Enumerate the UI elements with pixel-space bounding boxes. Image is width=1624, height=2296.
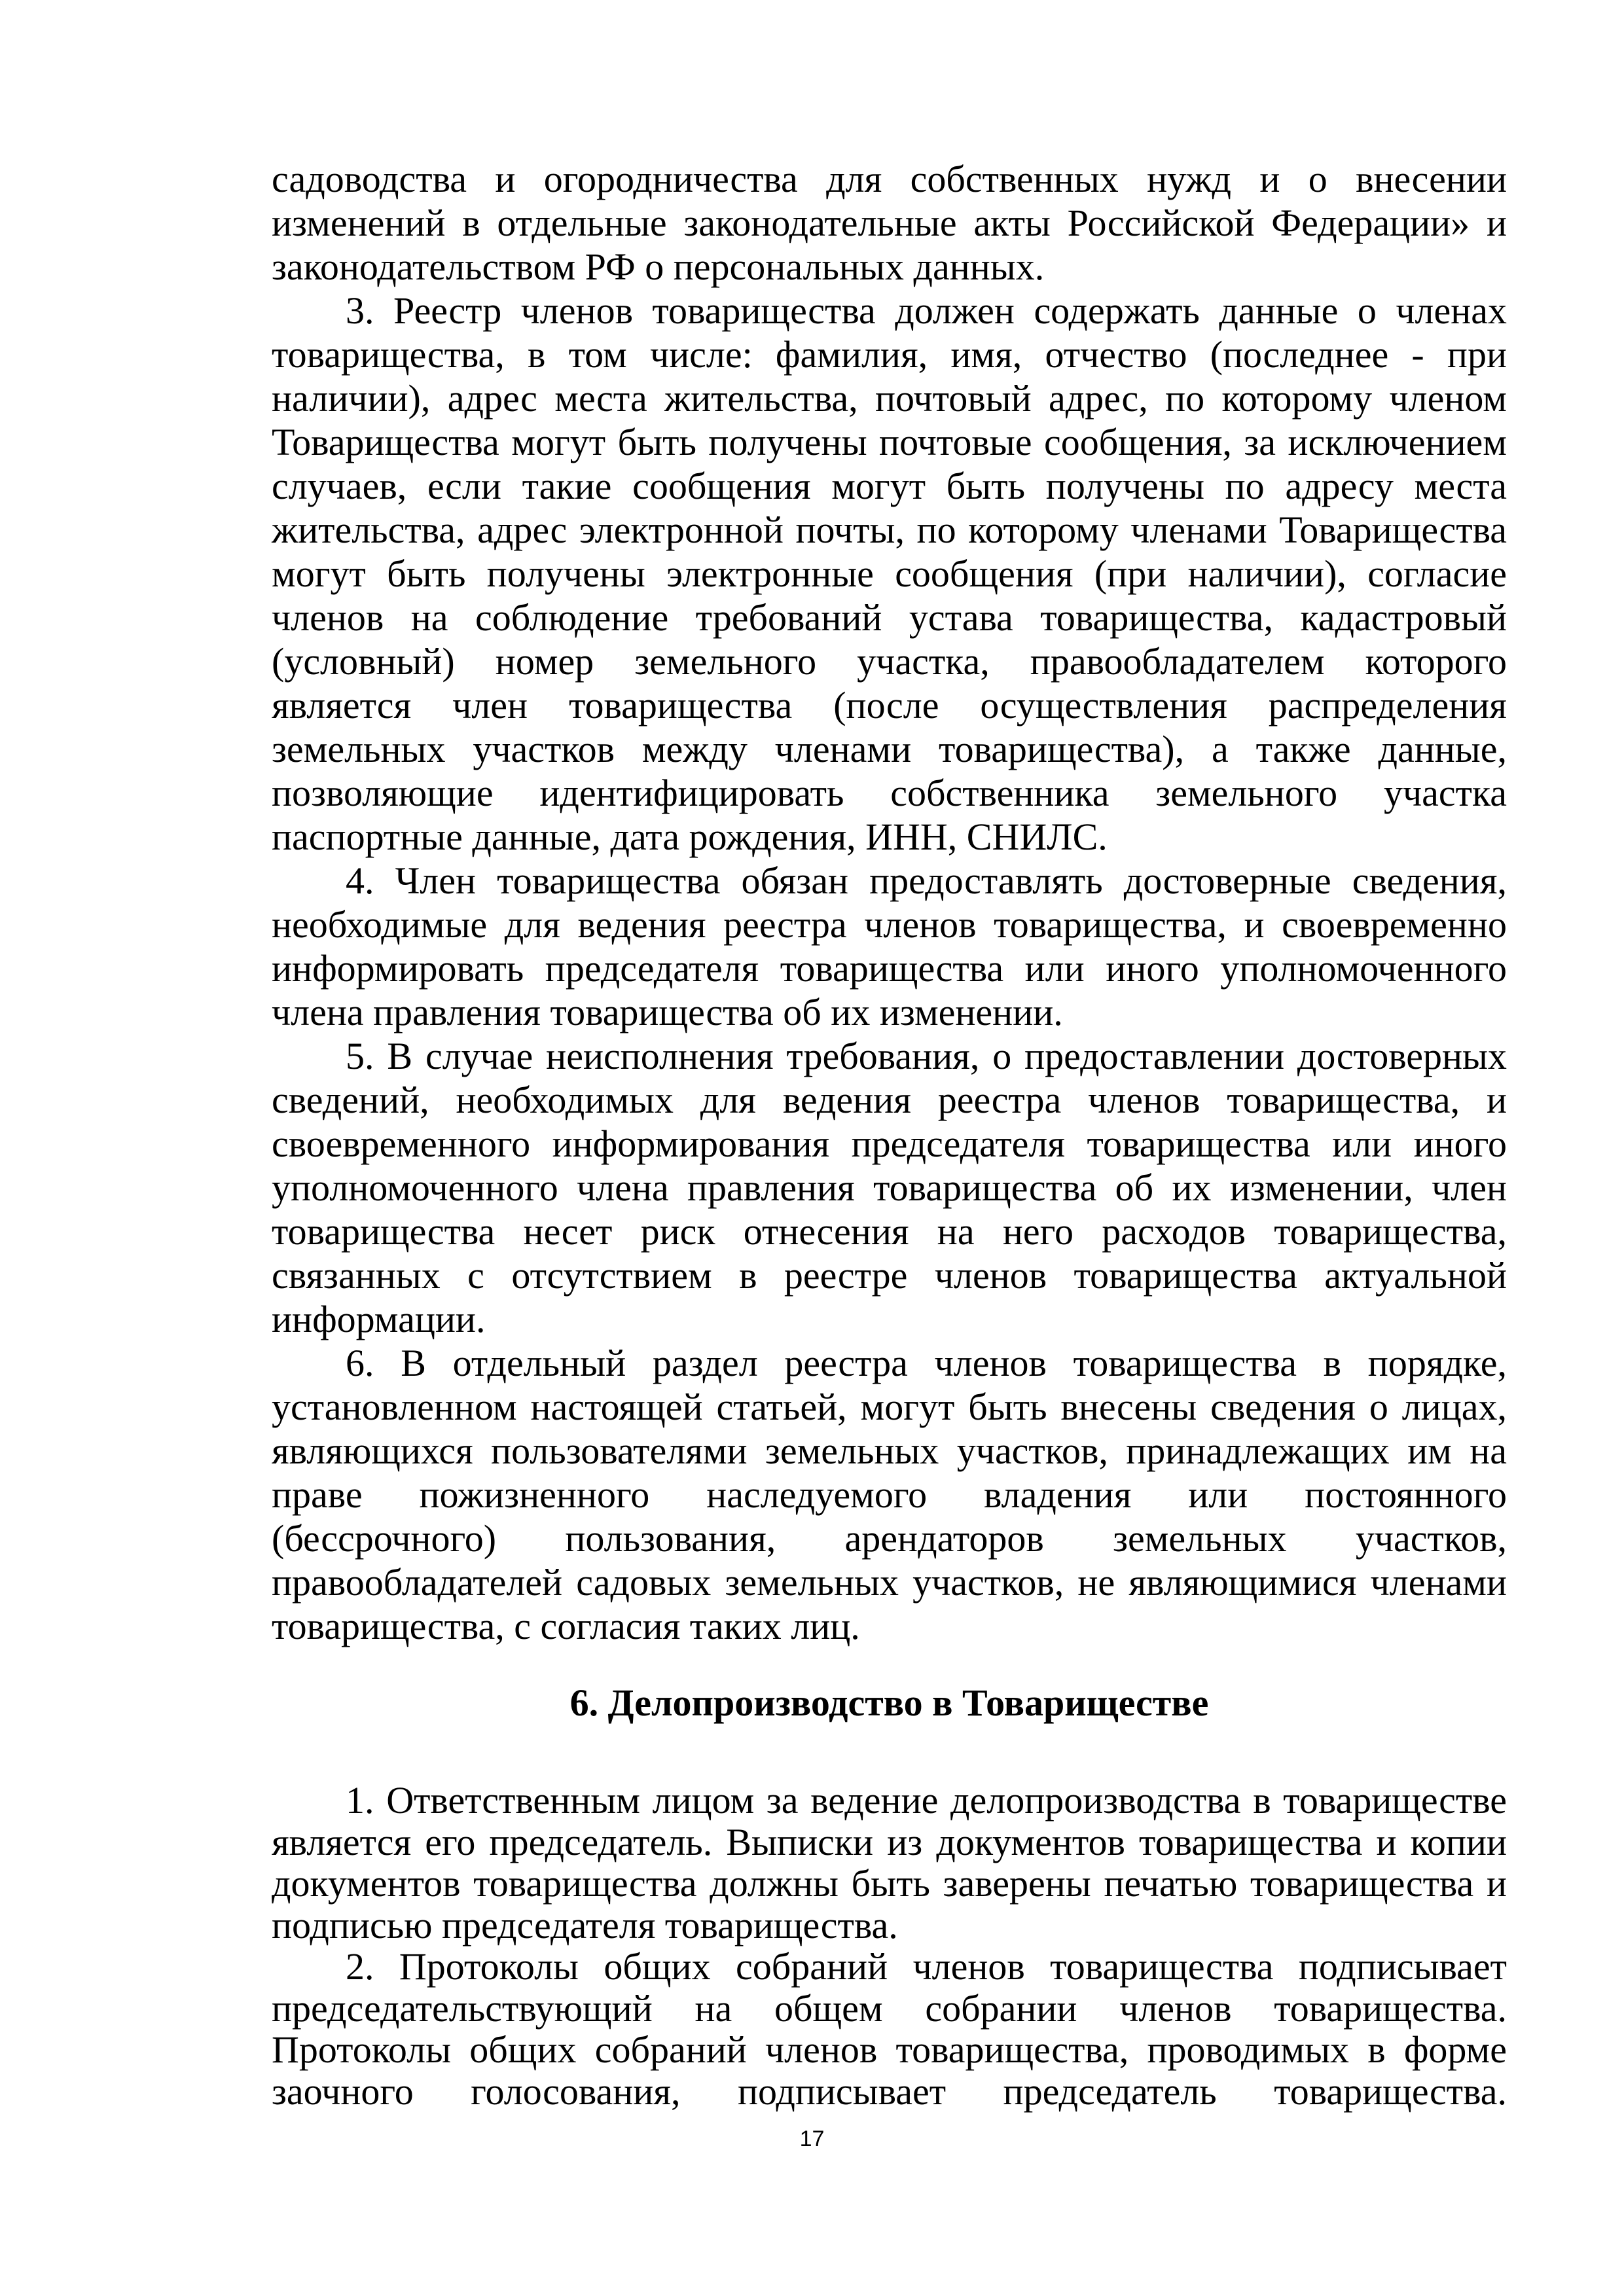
text-line: (условный) номер земельного участка, пра… — [272, 639, 1507, 683]
text-line: Товарищества могут быть получены почтовы… — [272, 420, 1507, 464]
text-line: 3. Реестр членов товарищества должен сод… — [272, 289, 1507, 332]
text-line: 5. В случае неисполнения требования, о п… — [272, 1034, 1507, 1078]
text-line: информации. — [272, 1297, 1507, 1341]
text-line: изменений в отдельные законодательные ак… — [272, 201, 1507, 245]
text-line: могут быть получены электронные сообщени… — [272, 552, 1507, 596]
paragraph-item-4: 4. Член товарищества обязан предоставлят… — [272, 859, 1507, 1034]
text-line: является член товарищества (после осущес… — [272, 683, 1507, 727]
text-line: 2. Протоколы общих собраний членов товар… — [272, 1946, 1507, 1988]
text-line: сведений, необходимых для ведения реестр… — [272, 1078, 1507, 1122]
paragraph-item-6: 6. В отдельный раздел реестра членов тов… — [272, 1341, 1507, 1648]
text-line: праве пожизненного наследуемого владения… — [272, 1473, 1507, 1516]
text-line: позволяющие идентифицировать собственник… — [272, 771, 1507, 815]
text-line: жительства, адрес электронной почты, по … — [272, 508, 1507, 552]
paragraph-continuation: садоводства и огородничества для собстве… — [272, 157, 1507, 289]
text-line: 1. Ответственным лицом за ведение делопр… — [272, 1780, 1507, 1821]
paragraph-item-3: 3. Реестр членов товарищества должен сод… — [272, 289, 1507, 859]
text-line: заочного голосования, подписывает предсе… — [272, 2071, 1507, 2113]
text-line: законодательством РФ о персональных данн… — [272, 245, 1507, 289]
text-line: товарищества, с согласия таких лиц. — [272, 1604, 1507, 1648]
page-number: 17 — [0, 2126, 1624, 2152]
text-line: товарищества несет риск отнесения на нег… — [272, 1210, 1507, 1253]
text-line: членов на соблюдение требований устава т… — [272, 596, 1507, 639]
text-line: земельных участков между членами товарищ… — [272, 727, 1507, 771]
paragraph-item-1: 1. Ответственным лицом за ведение делопр… — [272, 1780, 1507, 1946]
text-line: являющихся пользователями земельных учас… — [272, 1429, 1507, 1473]
text-line: своевременного информирования председате… — [272, 1122, 1507, 1166]
paragraph-item-5: 5. В случае неисполнения требования, о п… — [272, 1034, 1507, 1341]
text-line: правообладателей садовых земельных участ… — [272, 1560, 1507, 1604]
text-line: наличии), адрес места жительства, почтов… — [272, 376, 1507, 420]
text-line: председательствующий на общем собрании ч… — [272, 1988, 1507, 2030]
text-line: 6. В отдельный раздел реестра членов тов… — [272, 1341, 1507, 1385]
text-line: случаев, если такие сообщения могут быть… — [272, 464, 1507, 508]
text-line: является его председатель. Выписки из до… — [272, 1821, 1507, 1863]
text-line: уполномоченного члена правления товарище… — [272, 1166, 1507, 1210]
text-line: Протоколы общих собраний членов товарище… — [272, 2029, 1507, 2071]
paragraph-item-2: 2. Протоколы общих собраний членов товар… — [272, 1946, 1507, 2112]
text-line: установленном настоящей статьей, могут б… — [272, 1385, 1507, 1429]
text-line: подписью председателя товарищества. — [272, 1905, 1507, 1946]
text-line: необходимые для ведения реестра членов т… — [272, 903, 1507, 946]
text-line: 4. Член товарищества обязан предоставлят… — [272, 859, 1507, 903]
text-line: члена правления товарищества об их измен… — [272, 990, 1507, 1034]
text-line: (бессрочного) пользования, арендаторов з… — [272, 1516, 1507, 1560]
section-6-body: 1. Ответственным лицом за ведение делопр… — [272, 1780, 1507, 2112]
document-page: садоводства и огородничества для собстве… — [0, 0, 1624, 2296]
text-line: садоводства и огородничества для собстве… — [272, 157, 1507, 201]
text-line: информировать председателя товарищества … — [272, 946, 1507, 990]
section-5-body: садоводства и огородничества для собстве… — [272, 157, 1507, 1648]
text-line: связанных с отсутствием в реестре членов… — [272, 1253, 1507, 1297]
text-line: документов товарищества должны быть заве… — [272, 1863, 1507, 1905]
text-line: товарищества, в том числе: фамилия, имя,… — [272, 332, 1507, 376]
text-line: паспортные данные, дата рождения, ИНН, С… — [272, 815, 1507, 859]
section-heading: 6. Делопроизводство в Товариществе — [272, 1681, 1507, 1725]
